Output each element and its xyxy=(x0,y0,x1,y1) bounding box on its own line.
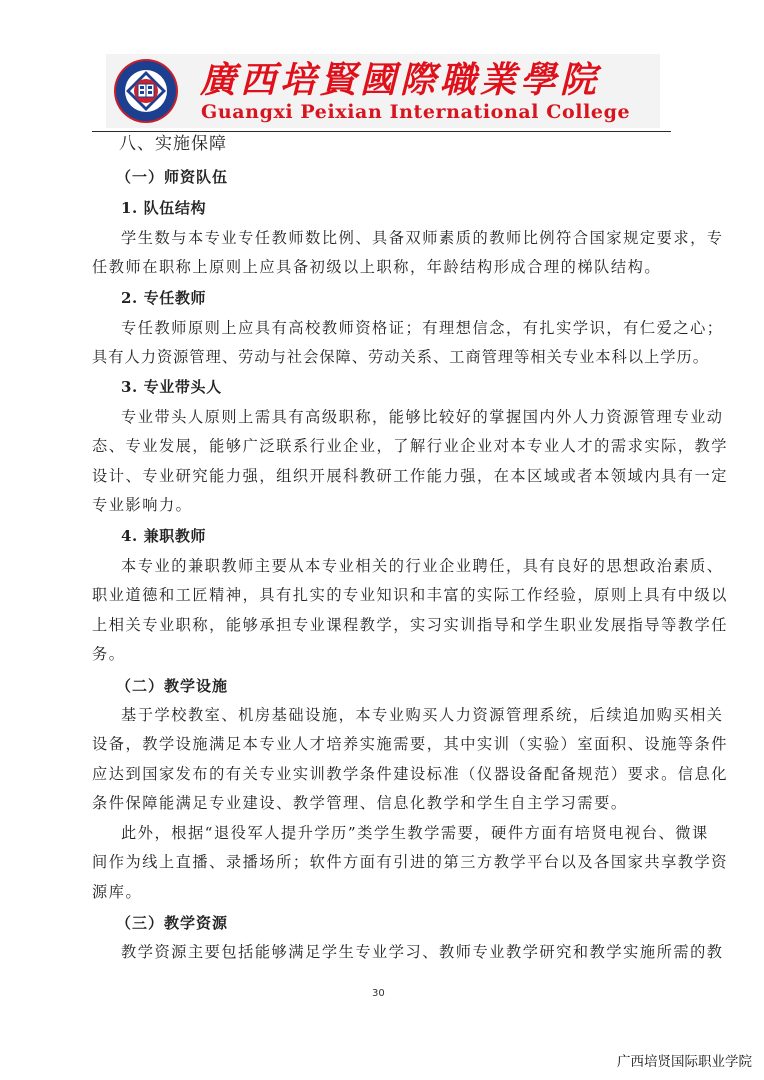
paragraph-line: 任教师在职称上原则上应具备初级以上职称，年龄结构形成合理的梯队结构。 xyxy=(92,257,661,277)
footer-organization: 广西培贤国际职业学院 xyxy=(617,1050,752,1070)
item-title: 3. 专业带头人 xyxy=(121,377,222,397)
paragraph-line: 本专业的兼职教师主要从本专业相关的行业企业聘任，具有良好的思想政治素质、 xyxy=(121,556,724,576)
paragraph-line: 务。 xyxy=(92,644,125,664)
paragraph-line: 上相关专业职称，能够承担专业课程教学，实习实训指导和学生职业发展指导等教学任 xyxy=(92,615,728,635)
paragraph-line: 学生数与本专业专任教师数比例、具备双师素质的教师比例符合国家规定要求，专 xyxy=(121,228,724,248)
paragraph-line: 源库。 xyxy=(92,882,142,902)
item-title: 4. 兼职教师 xyxy=(121,526,206,546)
paragraph-line: 条件保障能满足专业建设、教学管理、信息化教学和学生自主学习需要。 xyxy=(92,793,628,813)
paragraph-line: 间作为线上直播、录播场所；软件方面有引进的第三方教学平台以及各国家共享教学资 xyxy=(92,852,728,872)
paragraph-line: 专业影响力。 xyxy=(92,495,192,515)
paragraph-line: 职业道德和工匠精神，具有扎实的专业知识和丰富的实际工作经验，原则上具有中级以 xyxy=(92,585,728,605)
item-title: 2. 专任教师 xyxy=(121,288,206,308)
paragraph-line: 专业带头人原则上需具有高级职称，能够比较好的掌握国内外人力资源管理专业动 xyxy=(121,407,724,427)
header-banner: 廣西培賢國際職業學院 Guangxi Peixian International… xyxy=(106,54,660,128)
paragraph-line: 此外，根据“退役军人提升学历”类学生教学需要，硬件方面有培贤电视台、微课 xyxy=(121,823,709,843)
paragraph-line: 具有人力资源管理、劳动与社会保障、劳动关系、工商管理等相关专业本科以上学历。 xyxy=(92,347,709,367)
header-divider xyxy=(92,131,671,132)
paragraph-line: 教学资源主要包括能够满足学生专业学习、教师专业教学研究和教学实施所需的教 xyxy=(121,942,724,962)
section-title: 八、实施保障 xyxy=(119,134,227,154)
page-number: 30 xyxy=(372,988,385,999)
paragraph-line: 基于学校教室、机房基础设施，本专业购买人力资源管理系统，后续追加购买相关 xyxy=(121,705,724,725)
paragraph-line: 设计、专业研究能力强，组织开展科教研工作能力强，在本区域或者本领域内具有一定 xyxy=(92,466,728,486)
college-emblem-icon xyxy=(113,58,179,124)
paragraph-line: 态、专业发展，能够广泛联系行业企业，了解行业企业对本专业人才的需求实际，教学 xyxy=(92,436,728,456)
subsection-title: （二）教学设施 xyxy=(116,676,228,696)
item-title: 1. 队伍结构 xyxy=(121,198,206,218)
college-name-english: Guangxi Peixian International College xyxy=(201,101,630,123)
subsection-title: （三）教学资源 xyxy=(116,913,228,933)
paragraph-line: 设备，教学设施满足本专业人才培养实施需要，其中实训（实验）室面积、设施等条件 xyxy=(92,734,728,754)
subsection-title: （一）师资队伍 xyxy=(116,167,228,187)
paragraph-line: 应达到国家发布的有关专业实训教学条件建设标准（仪器设备配备规范）要求。信息化 xyxy=(92,764,728,784)
college-name-chinese: 廣西培賢國際職業學院 xyxy=(200,58,600,102)
paragraph-line: 专任教师原则上应具有高校教师资格证；有理想信念，有扎实学识，有仁爱之心； xyxy=(121,318,724,338)
